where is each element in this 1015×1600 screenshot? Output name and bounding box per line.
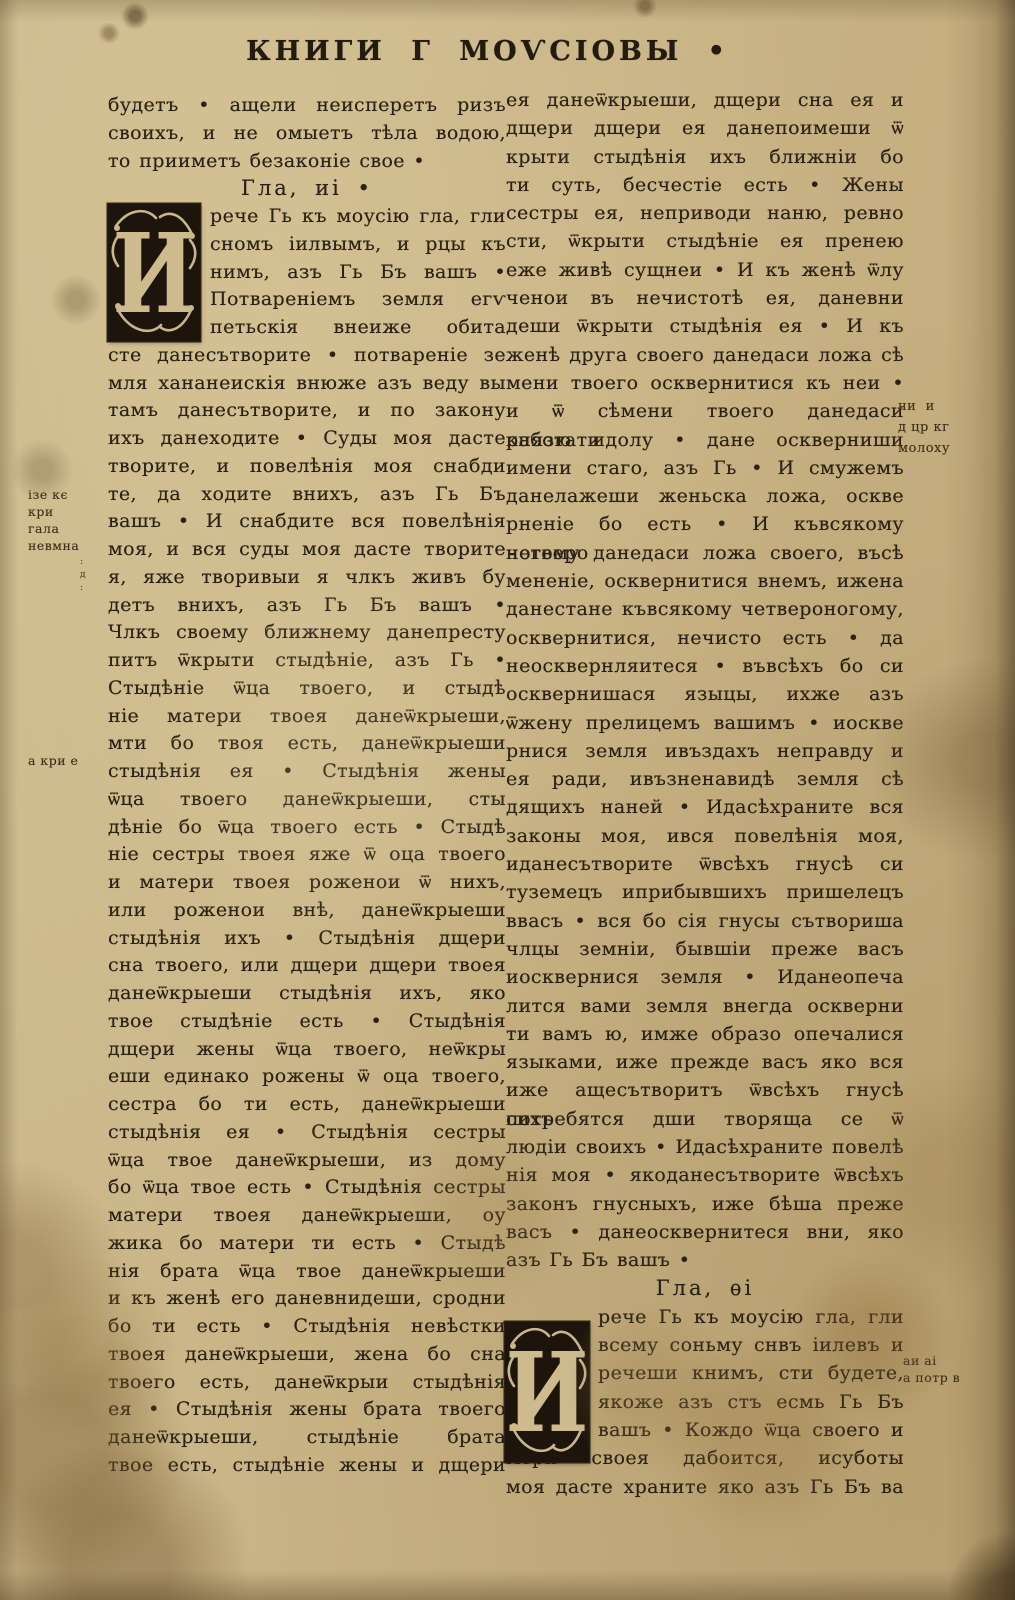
text-line: нія моя • якоданесътворите ѿвсѣхъ	[506, 1161, 904, 1189]
text-line: ѿжену прелицемъ вашимъ • иоскве	[506, 709, 904, 737]
text-line: иже ащесътворитъ ѿвсѣхъ гнусѣ сихъ	[506, 1076, 904, 1104]
text-line: данеѿкрыеши, стыдѣніе брата	[108, 1424, 506, 1452]
text-line: сестра бо ти есть, данеѿкрыеши	[108, 1091, 506, 1119]
text-line: осквернишася языцы, ихже азъ	[506, 680, 904, 708]
text-line: петьскія внеиже обита	[210, 314, 506, 342]
book-page: КНИГИ Г МОѴСІОВЫ • будетъ • ащели неиспе…	[0, 0, 1015, 1600]
initial-letter-glyph: И	[505, 1337, 588, 1447]
text-line: рненіе бо есть • И къвсякому четверо	[506, 510, 904, 538]
text-line: законы моя, ився повелѣнія моя,	[506, 822, 904, 850]
text-line: мени твоего осквернитися къ неи •	[506, 369, 904, 397]
text-line: твое есть, стыдѣніе жены и дщери	[108, 1452, 506, 1480]
text-column-right: ея данеѿкрыеши, дщери сна ея идщери дщер…	[506, 86, 904, 1501]
text-line: то прииметъ безаконіе свое •	[108, 148, 506, 176]
text-line: питъ ѿкрыти стыдѣніе, азъ Гь •	[108, 647, 506, 675]
text-line: сте данесътворите • потвареніе зе	[108, 342, 506, 370]
text-line: ніе матери твоея данеѿкрыеши,	[108, 703, 506, 731]
margin-note-cross-reference: а кри е	[28, 752, 78, 769]
text-line: твое стыдѣніе есть • Стыдѣнія	[108, 1008, 506, 1036]
text-line: сномъ іилвымъ, и рцы къ	[210, 231, 506, 259]
text-line: Гла, ѳі	[506, 1274, 904, 1302]
text-line: ея данеѿкрыеши, дщери сна ея и	[506, 86, 904, 114]
text-line: ти суть, бесчестіе есть • Жены	[506, 171, 904, 199]
text-line: речеши книмъ, сти будете,	[598, 1359, 904, 1387]
text-line: иосквернися земля • Иданеопеча	[506, 963, 904, 991]
text-line: ввасъ • вся бо сія гнусы сътвориша	[506, 907, 904, 935]
text-line: потребятся дши творяща се ѿ	[506, 1105, 904, 1133]
text-line: имени стаго, азъ Гь • И смужемъ	[506, 454, 904, 482]
text-line: еши единако рожены ѿ оца твоего,	[108, 1063, 506, 1091]
text-line: твоея данеѿкрыеши, жена бо сна	[108, 1341, 506, 1369]
page-title: КНИГИ Г МОѴСІОВЫ •	[0, 36, 975, 67]
text-line: иданесътворите ѿвсѣхъ гнусѣ си	[506, 850, 904, 878]
text-line: члцы земніи, бывшіи преже васъ	[506, 935, 904, 963]
text-line: женѣ друга своего данедаси ложа сѣ	[506, 341, 904, 369]
text-line: сна твоего, или дщери дщери твоея	[108, 952, 506, 980]
text-line: ніе сестры твоея яже ѿ оца твоего	[108, 841, 506, 869]
margin-note-line: молоху	[898, 438, 950, 459]
text-line: дящихъ наней • Идасѣхраните вся	[506, 793, 904, 821]
text-line: бо ти есть • Стыдѣнія невѣстки	[108, 1313, 506, 1341]
text-line: тамъ данесътворите, и по закону	[108, 397, 506, 425]
text-line: бо ѿца твое есть • Стыдѣнія сестры	[108, 1174, 506, 1202]
text-line: нія брата ѿца твое данеѿкрыеши	[108, 1258, 506, 1286]
margin-note-line: аи аі	[903, 1352, 960, 1369]
text-line: языками, иже прежде васъ яко вся	[506, 1048, 904, 1076]
text-line: ея ради, ивъзненавидѣ земля сѣ	[506, 765, 904, 793]
margin-note-line: д цр кг	[898, 417, 950, 438]
text-line: васъ • данеосквернитеся вни, яко	[506, 1218, 904, 1246]
text-line: данеѿкрыеши стыдѣнія ихъ, яко	[108, 980, 506, 1008]
text-line: Потвареніемъ земля егѵ	[210, 286, 506, 314]
text-line: детъ внихъ, азъ Гь Бъ вашъ •	[108, 592, 506, 620]
margin-note-line: д	[80, 569, 86, 582]
text-line: сти, ѿкрыти стыдѣніе ея пренею	[506, 227, 904, 255]
margin-note-line: :	[80, 582, 86, 595]
woodcut-initial-letter: И	[505, 1322, 589, 1462]
woodcut-initial-letter: И	[108, 204, 200, 341]
text-line: ногому данедаси ложа своего, въсѣ	[506, 539, 904, 567]
text-line: и матери твоея роженои ѿ нихъ,	[108, 869, 506, 897]
text-line: сестры ея, неприводи наню, ревно	[506, 199, 904, 227]
margin-note-line: а потр в	[903, 1369, 960, 1386]
text-line: азъ Гь Бъ вашъ •	[506, 1246, 904, 1274]
text-line: данестане къвсякому четвероногому,	[506, 595, 904, 623]
text-line: туземецъ иприбывшихъ пришелецъ	[506, 878, 904, 906]
margin-note-line: :	[80, 556, 86, 569]
text-line: моя дасте храните яко азъ Гь Бъ ва	[506, 1473, 904, 1501]
text-line: Стыдѣніе ѿца твоего, и стыдѣ	[108, 675, 506, 703]
text-line: ихъ данеходите • Суды моя дасте	[108, 425, 506, 453]
margin-note-moloch-gloss: ни ид цр кгмолоху	[898, 396, 950, 459]
text-line: дщери дщери ея данепоимеши ѿ	[506, 114, 904, 142]
text-line: всему соньму снвъ іилевъ и	[598, 1331, 904, 1359]
text-line: законъ гнусныхъ, иже бѣша преже	[506, 1190, 904, 1218]
text-line: дѣніе бо ѿца твоего есть • Стыдѣ	[108, 814, 506, 842]
text-line: неосквернляитеся • въвсѣхъ бо си	[506, 652, 904, 680]
text-line: творите, и повелѣнія моя снабди	[108, 453, 506, 481]
margin-note-cross-references: аи аіа потр в	[903, 1352, 960, 1386]
text-line: данелажеши женьска ложа, оскве	[506, 482, 904, 510]
initial-letter-glyph: И	[112, 218, 195, 328]
margin-note-line: невмна	[28, 537, 79, 554]
text-line: осквернитися, нечисто есть • да	[506, 624, 904, 652]
text-line: Члкъ своему ближнему данепресту	[108, 619, 506, 647]
text-line: мти бо твоя есть, данеѿкрыеши	[108, 730, 506, 758]
text-line: князю идолу • дане оскверниши	[506, 426, 904, 454]
text-line: твоего есть, данеѿкрыи стыдѣнія	[108, 1369, 506, 1397]
margin-note-line: кри	[28, 503, 79, 520]
text-line: вашъ • Кождо ѿца своего и	[598, 1416, 904, 1444]
text-line: ченои въ нечистотѣ ея, даневни	[506, 284, 904, 312]
margin-note-line: а кри е	[28, 752, 78, 769]
text-line: или роженои внѣ, данеѿкрыеши	[108, 897, 506, 925]
text-line: стыдѣнія ея • Стыдѣнія сестры	[108, 1119, 506, 1147]
text-line: рнися земля ивъздахъ неправду и	[506, 737, 904, 765]
text-line: крыти стыдѣнія ихъ ближніи бо	[506, 143, 904, 171]
text-line: вашъ • И снабдите вся повелѣнія	[108, 508, 506, 536]
text-line: лится вами земля внегда оскверни	[506, 992, 904, 1020]
text-line: стыдѣнія ихъ • Стыдѣнія дщери	[108, 925, 506, 953]
text-line: дщери жены ѿца твоего, неѿкры	[108, 1036, 506, 1064]
text-line: будетъ • ащели неисперетъ ризъ	[108, 92, 506, 120]
margin-note-line: ізе кє	[28, 486, 79, 503]
text-line: рече Гь къ моусію гла, гли	[598, 1303, 904, 1331]
text-line: жика бо матери ти есть • Стыдѣ	[108, 1230, 506, 1258]
text-line: ѿца твое данеѿкрыеши, из дому	[108, 1147, 506, 1175]
margin-note-line: ни и	[898, 396, 950, 417]
text-line: и къ женѣ его даневнидеши, сродни	[108, 1285, 506, 1313]
text-line: мененіе, осквернитися внемъ, ижена	[506, 567, 904, 595]
text-line: своихъ, и не омыетъ тѣла водою,	[108, 120, 506, 148]
text-line: людіи своихъ • Идасѣхраните повелѣ	[506, 1133, 904, 1161]
text-line: рече Гь къ моусію гла, гли	[210, 203, 506, 231]
text-line: те, да ходите внихъ, азъ Гь Бъ	[108, 481, 506, 509]
text-line: нимъ, азъ Гь Бъ вашъ •	[210, 259, 506, 287]
text-line: ти вамъ ю, имже образо опечалися	[506, 1020, 904, 1048]
margin-note-marks: :д:	[80, 556, 86, 595]
margin-note-line: гала	[28, 520, 79, 537]
text-line: ѿца твоего данеѿкрыеши, сты	[108, 786, 506, 814]
text-line: матери твоея данеѿкрыеши, оу	[108, 1202, 506, 1230]
text-line: еже живѣ сущнеи • И къ женѣ ѿлу	[506, 256, 904, 284]
margin-note-cross-references: ізе кєкригаланевмна	[28, 486, 79, 554]
text-line: стыдѣнія ея • Стыдѣнія жены	[108, 758, 506, 786]
text-line: мля хананеискія внюже азъ веду вы	[108, 370, 506, 398]
text-line: деши ѿкрыти стыдѣнія ея • И къ	[506, 312, 904, 340]
text-line: моя, и вся суды моя дасте творите	[108, 536, 506, 564]
text-line: я, яже творивыи я члкъ живъ бу	[108, 564, 506, 592]
text-line: и ѿ сѣмени твоего данедаси работати	[506, 397, 904, 425]
text-line: Гла, иі •	[108, 175, 506, 203]
text-line: ея • Стыдѣнія жены брата твоего	[108, 1396, 506, 1424]
text-line: якоже азъ стъ есмь Гь Бъ	[598, 1388, 904, 1416]
